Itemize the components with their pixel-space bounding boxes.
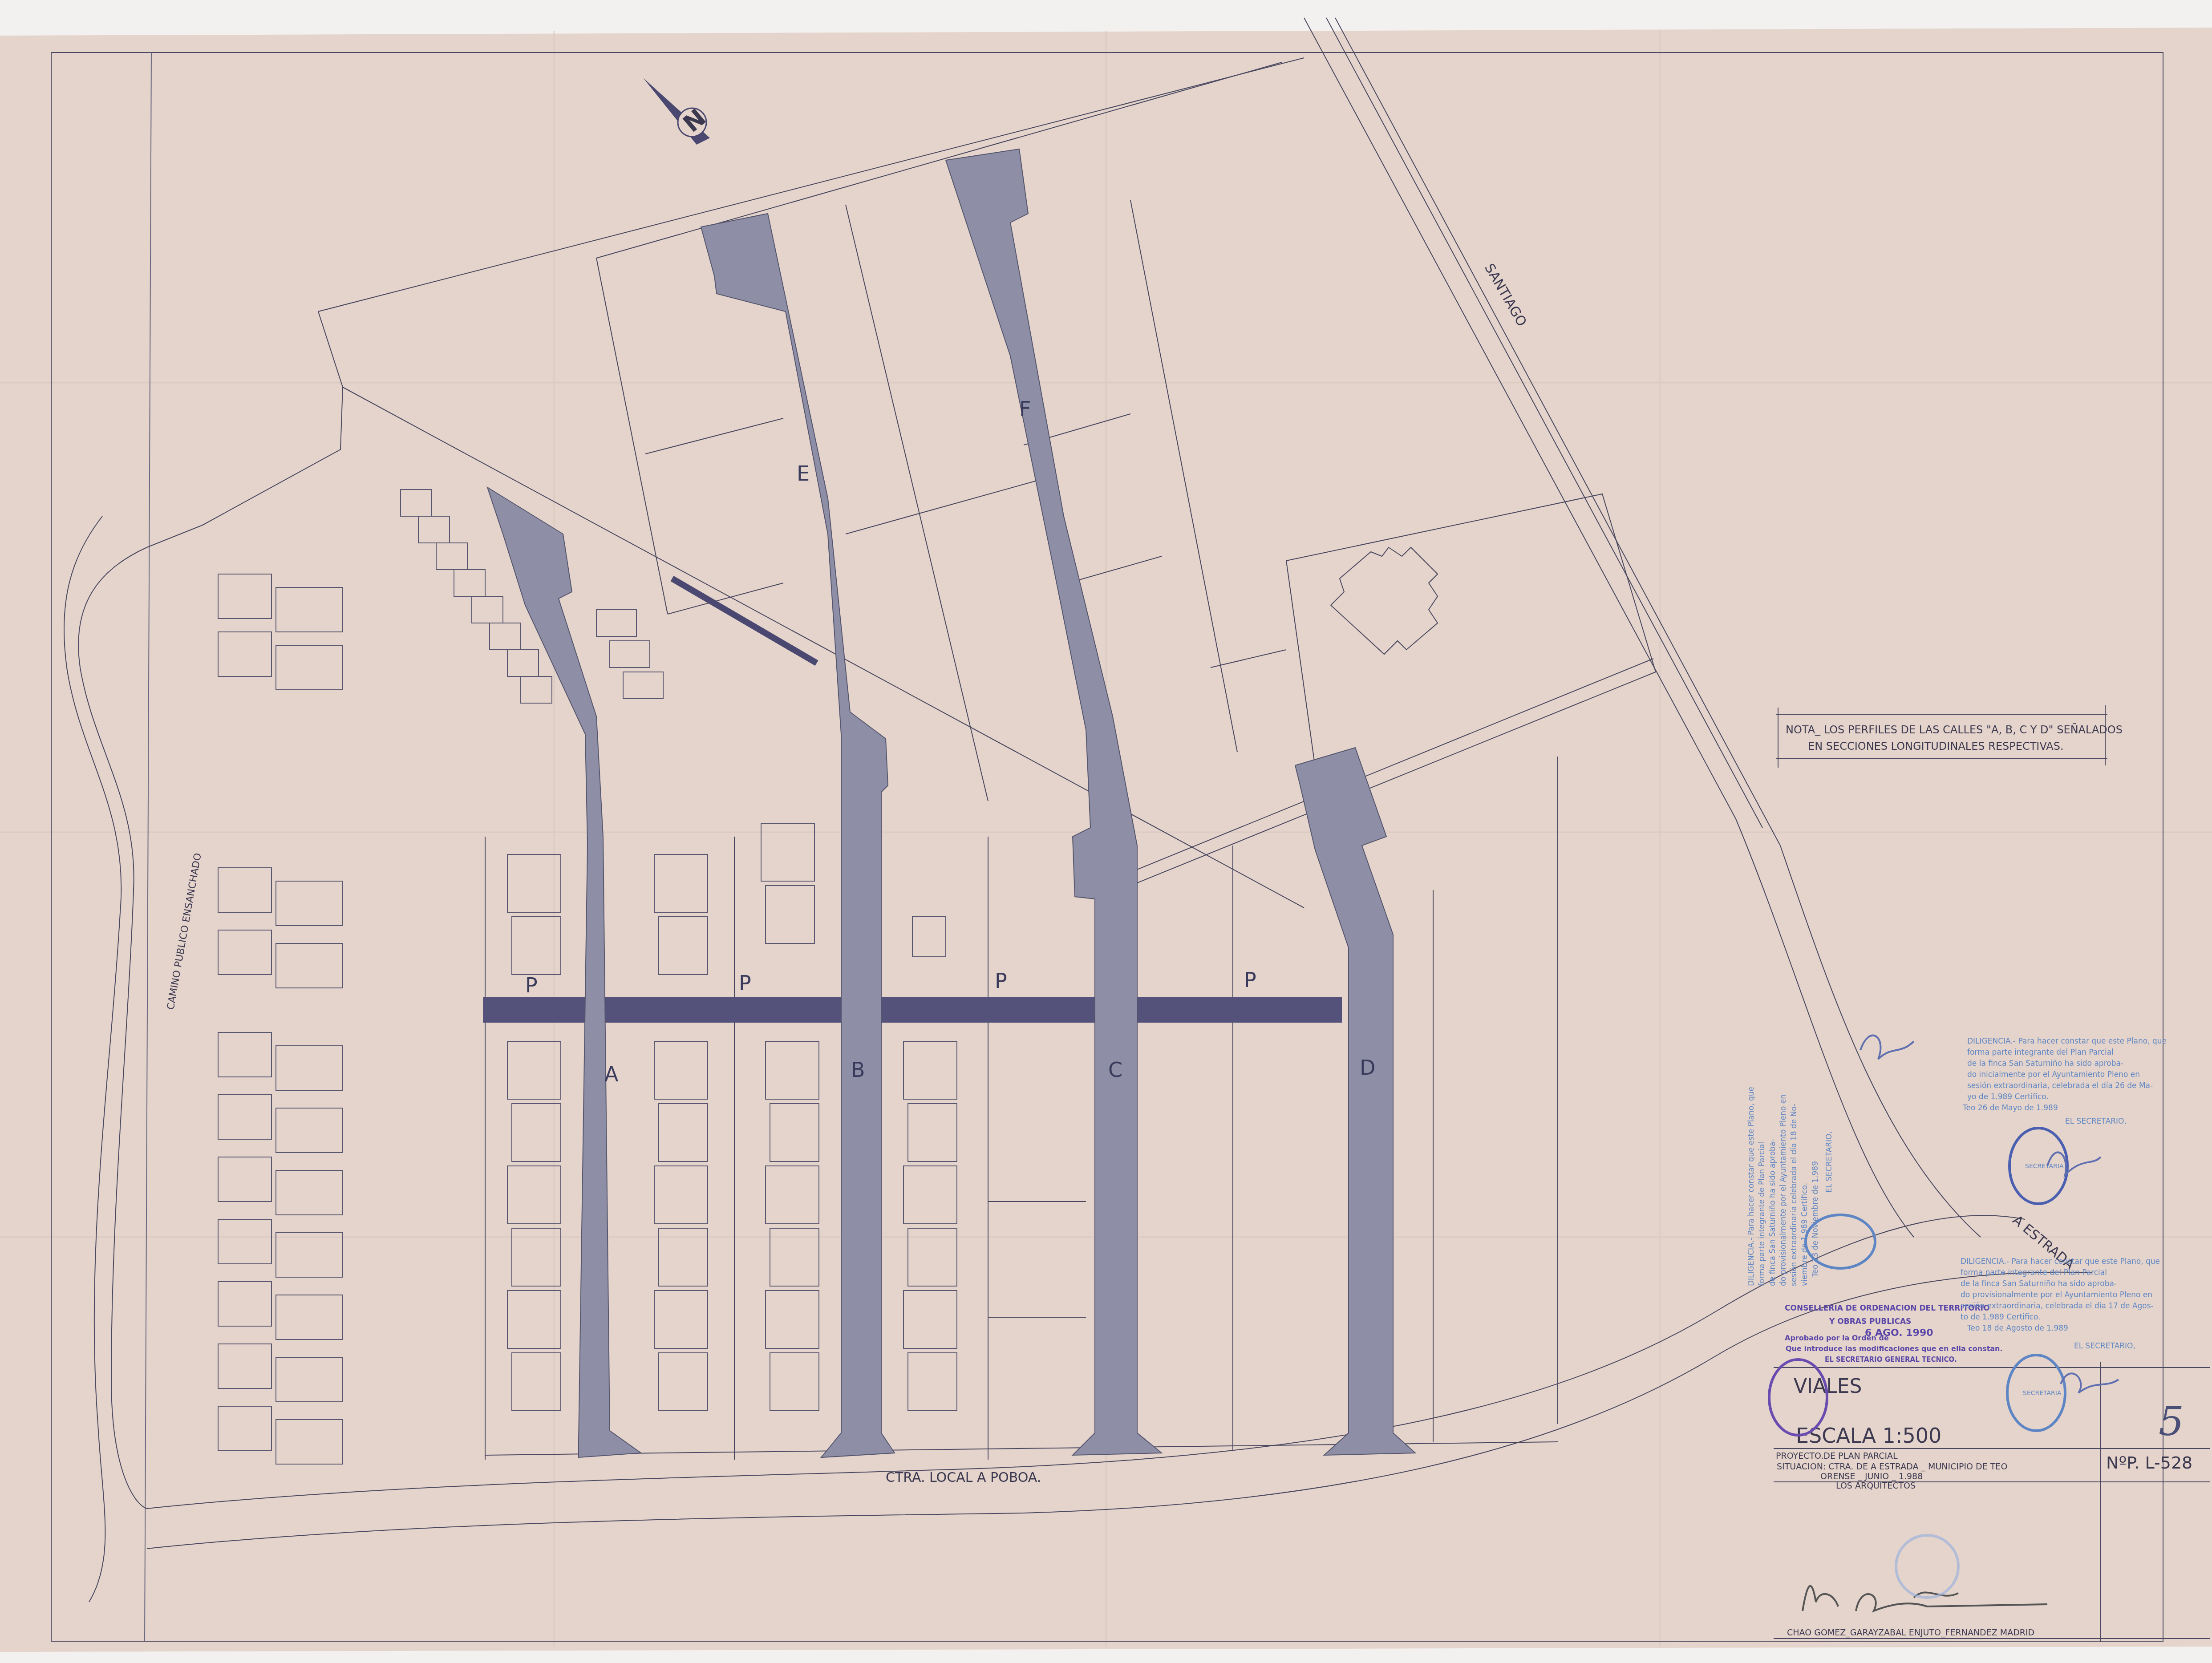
svg-text:Teo 13 de Noviembre de 1.989: Teo 13 de Noviembre de 1.989 <box>1811 1161 1820 1278</box>
road-label-poboa: CTRA. LOCAL A POBOA. <box>886 1470 1041 1485</box>
plan-sheet: N <box>0 0 2212 1663</box>
svg-text:EL SECRETARIO,: EL SECRETARIO, <box>2065 1117 2127 1126</box>
sheet-number: 5 <box>2159 1398 2184 1445</box>
svg-text:do provisionalmente por el Ayu: do provisionalmente por el Ayuntamiento … <box>1961 1291 2152 1299</box>
svg-text:de la finca San Saturniño ha s: de la finca San Saturniño ha sido aproba… <box>1967 1059 2123 1068</box>
note-line-2: EN SECCIONES LONGITUDINALES RESPECTIVAS. <box>1808 740 2064 753</box>
street-label-b: B <box>851 1058 865 1082</box>
svg-text:sesión extraordinaria, celebra: sesión extraordinaria, celebrada el día … <box>1961 1302 2154 1311</box>
svg-text:yo de 1.989 Certifico.: yo de 1.989 Certifico. <box>1967 1092 2049 1101</box>
svg-text:to de 1.989 Certifico.: to de 1.989 Certifico. <box>1961 1313 2040 1322</box>
svg-text:EL SECRETARIO GENERAL TECNICO.: EL SECRETARIO GENERAL TECNICO. <box>1825 1355 1957 1364</box>
svg-text:Y OBRAS PUBLICAS: Y OBRAS PUBLICAS <box>1829 1317 1911 1326</box>
svg-text:SECRETARIA: SECRETARIA <box>2025 1163 2064 1170</box>
scale-label: ESCALA 1:500 <box>1796 1424 1941 1448</box>
svg-text:forma parte integrante del Pla: forma parte integrante del Plan Parcial <box>1961 1268 2107 1277</box>
street-label-d: D <box>1360 1056 1375 1080</box>
street-label-c: C <box>1108 1058 1122 1082</box>
architects-label: LOS ARQUITECTOS <box>1836 1481 1916 1491</box>
svg-text:SECRETARIA: SECRETARIA <box>2023 1390 2062 1397</box>
svg-text:DILIGENCIA.- Para hacer consta: DILIGENCIA.- Para hacer constar que este… <box>1961 1257 2160 1266</box>
plan-number: NºP. L-528 <box>2106 1453 2192 1473</box>
pedestrian-street-p <box>483 997 1342 1023</box>
svg-text:Teo 18 de Agosto de 1.989: Teo 18 de Agosto de 1.989 <box>1967 1324 2068 1333</box>
svg-text:do inicialmente por el Ayuntam: do inicialmente por el Ayuntamiento Plen… <box>1967 1070 2140 1079</box>
svg-text:de la finca San Saturniño ha s: de la finca San Saturniño ha sido aproba… <box>1961 1279 2117 1288</box>
street-label-p2: P <box>739 971 751 995</box>
svg-text:forma parte integrante del Pla: forma parte integrante del Plan Parcial <box>1967 1048 2114 1057</box>
street-label-p4: P <box>1244 968 1256 992</box>
svg-text:CONSELLERIA DE ORDENACION DEL: CONSELLERIA DE ORDENACION DEL TERRITORIO <box>1785 1304 1990 1313</box>
svg-text:DILIGENCIA.- Para hacer consta: DILIGENCIA.- Para hacer constar que este… <box>1967 1037 2167 1046</box>
svg-text:Que introduce las modificacion: Que introduce las modificaciones que en … <box>1786 1344 2003 1353</box>
approval-date: 6 AGO. 1990 <box>1865 1327 1933 1339</box>
svg-text:EL SECRETARIO,: EL SECRETARIO, <box>1825 1131 1834 1193</box>
svg-text:forma parte integrante de Plan: forma parte integrante de Plan Parcial <box>1758 1142 1766 1286</box>
street-label-p1: P <box>525 973 538 997</box>
svg-text:EL SECRETARIO,: EL SECRETARIO, <box>2074 1342 2135 1351</box>
svg-text:sesión extraordinaria, celebra: sesión extraordinaria, celebrada el día … <box>1967 1081 2153 1090</box>
street-label-e: E <box>797 461 810 486</box>
svg-text:do provisionalmente por el Ayu: do provisionalmente por el Ayuntamiento … <box>1779 1094 1788 1286</box>
architects-names: CHAO GOMEZ_GARAYZABAL ENJUTO_FERNANDEZ M… <box>1787 1628 2034 1638</box>
note-line-1: NOTA_ LOS PERFILES DE LAS CALLES "A, B, … <box>1786 723 2123 736</box>
svg-text:Teo 26 de Mayo de 1.989: Teo 26 de Mayo de 1.989 <box>1962 1104 2058 1113</box>
street-label-p3: P <box>995 969 1007 993</box>
project-label: PROYECTO.DE PLAN PARCIAL <box>1776 1451 1898 1461</box>
street-label-a: A <box>604 1062 619 1086</box>
svg-text:DILIGENCIA.- Para hacer consta: DILIGENCIA.- Para hacer constar que este… <box>1747 1087 1756 1286</box>
svg-text:de finca San Saturniño ha sido: de finca San Saturniño ha sido aproba- <box>1768 1139 1777 1286</box>
svg-text:sesión extraordinaria celebrad: sesión extraordinaria celebrada el día 1… <box>1790 1104 1799 1286</box>
situation-label: SITUACION: CTRA. DE A ESTRADA _ MUNICIPI… <box>1777 1462 2007 1472</box>
svg-text:viembre de 1.989 Certifico.: viembre de 1.989 Certifico. <box>1800 1183 1809 1286</box>
street-label-f: F <box>1019 397 1031 421</box>
place-date-label: ORENSE _ JUNIO _ 1.988 <box>1820 1472 1923 1481</box>
